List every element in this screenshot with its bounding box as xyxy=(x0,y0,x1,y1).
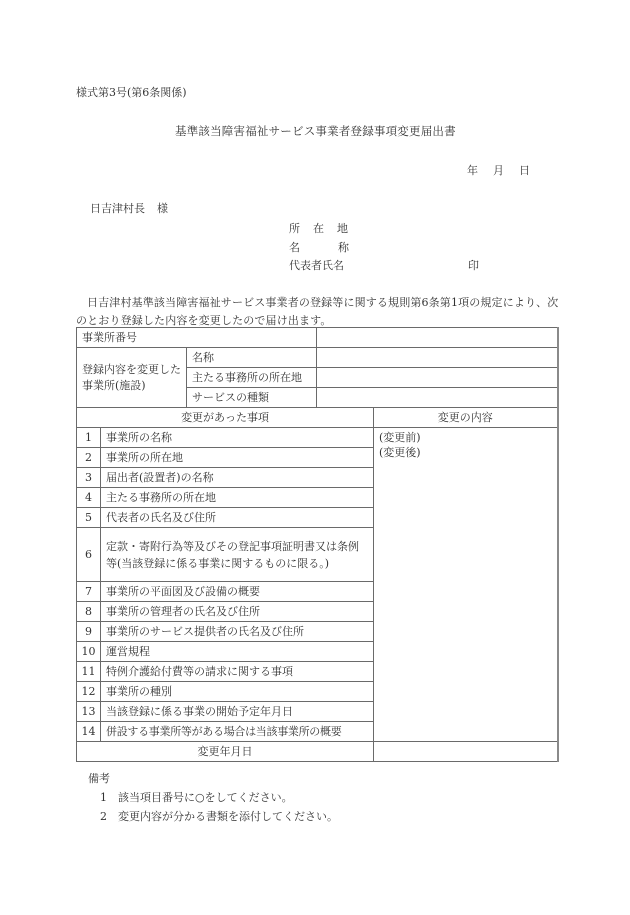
item-label: 定款・寄附行為等及びその登記事項証明書又は条例等(当該登録に係る事業に関するもの… xyxy=(101,528,374,582)
change-content-header: 変更の内容 xyxy=(374,408,558,428)
item-number[interactable]: 10 xyxy=(77,642,101,662)
item-label: 運営規程 xyxy=(101,642,374,662)
note-number: 2 xyxy=(100,810,118,823)
item-label: 事業所のサービス提供者の氏名及び住所 xyxy=(101,622,374,642)
item-label: 代表者の氏名及び住所 xyxy=(101,508,374,528)
item-number[interactable]: 2 xyxy=(77,448,101,468)
item-label: 併設する事業所等がある場合は当該事業所の概要 xyxy=(101,722,374,742)
item-number[interactable]: 4 xyxy=(77,488,101,508)
addressee: 日吉津村長様 xyxy=(90,200,168,216)
change-notification-table: 事業所番号 登録内容を変更した事業所(施設) 名称 主たる事務所の所在地 サービ… xyxy=(76,327,559,762)
change-date-field[interactable] xyxy=(374,742,558,762)
item-label: 特例介護給付費等の請求に関する事項 xyxy=(101,662,374,682)
facility-name-label: 名称 xyxy=(187,348,317,368)
note-text: 該当項目番号に○をしてください。 xyxy=(118,791,293,804)
item-number[interactable]: 3 xyxy=(77,468,101,488)
changed-items-header: 変更があった事項 xyxy=(77,408,374,428)
note-item: 2変更内容が分かる書類を添付してください。 xyxy=(100,808,338,824)
note-text: 変更内容が分かる書類を添付してください。 xyxy=(118,810,338,823)
addressee-honorific: 様 xyxy=(157,202,168,215)
item-number[interactable]: 9 xyxy=(77,622,101,642)
change-before-label: (変更前) xyxy=(379,430,557,445)
item-label: 事業所の名称 xyxy=(101,428,374,448)
applicant-name-label-part1: 名 xyxy=(289,241,300,254)
representative-name-label: 代表者氏名 xyxy=(289,257,344,273)
change-date-label: 変更年月日 xyxy=(77,742,374,762)
facility-address-field[interactable] xyxy=(317,368,558,388)
applicant-name-label-part2: 称 xyxy=(338,241,349,254)
applicant-location-label: 所在地 xyxy=(289,220,361,236)
item-label: 事業所の種別 xyxy=(101,682,374,702)
seal-mark: 印 xyxy=(468,257,479,273)
date-month-label: 月 xyxy=(493,162,504,178)
item-label: 当該登録に係る事業の開始予定年月日 xyxy=(101,702,374,722)
item-number[interactable]: 11 xyxy=(77,662,101,682)
facility-service-type-label: サービスの種類 xyxy=(187,388,317,408)
item-label: 事業所の平面図及び設備の概要 xyxy=(101,582,374,602)
item-number[interactable]: 7 xyxy=(77,582,101,602)
submission-date: 年月日 xyxy=(467,162,545,178)
office-number-field[interactable] xyxy=(317,328,558,348)
item-label: 事業所の管理者の氏名及び住所 xyxy=(101,602,374,622)
intro-text: 日吉津村基準該当障害福祉サービス事業者の登録等に関する規則第6条第1項の規定によ… xyxy=(76,294,560,330)
facility-name-field[interactable] xyxy=(317,348,558,368)
addressee-name: 日吉津村長 xyxy=(90,202,145,215)
date-day-label: 日 xyxy=(519,162,530,178)
item-number[interactable]: 12 xyxy=(77,682,101,702)
note-number: 1 xyxy=(100,791,118,804)
office-number-label: 事業所番号 xyxy=(77,328,317,348)
item-number[interactable]: 6 xyxy=(77,528,101,582)
change-content-field[interactable]: (変更前) (変更後) xyxy=(374,428,558,742)
facility-service-type-field[interactable] xyxy=(317,388,558,408)
item-number[interactable]: 5 xyxy=(77,508,101,528)
applicant-name-label: 名称 xyxy=(289,239,349,255)
date-year-label: 年 xyxy=(467,162,478,178)
item-label: 主たる事務所の所在地 xyxy=(101,488,374,508)
facility-label: 登録内容を変更した事業所(施設) xyxy=(77,348,187,408)
note-item: 1該当項目番号に○をしてください。 xyxy=(100,789,293,805)
item-number[interactable]: 13 xyxy=(77,702,101,722)
item-number[interactable]: 1 xyxy=(77,428,101,448)
item-label: 事業所の所在地 xyxy=(101,448,374,468)
facility-address-label: 主たる事務所の所在地 xyxy=(187,368,317,388)
notes-title: 備考 xyxy=(88,770,110,786)
item-number[interactable]: 14 xyxy=(77,722,101,742)
change-after-label: (変更後) xyxy=(379,445,557,460)
form-number: 様式第3号(第6条関係) xyxy=(76,84,187,100)
item-label: 届出者(設置者)の名称 xyxy=(101,468,374,488)
item-number[interactable]: 8 xyxy=(77,602,101,622)
document-title: 基準該当障害福祉サービス事業者登録事項変更届出書 xyxy=(175,123,456,139)
